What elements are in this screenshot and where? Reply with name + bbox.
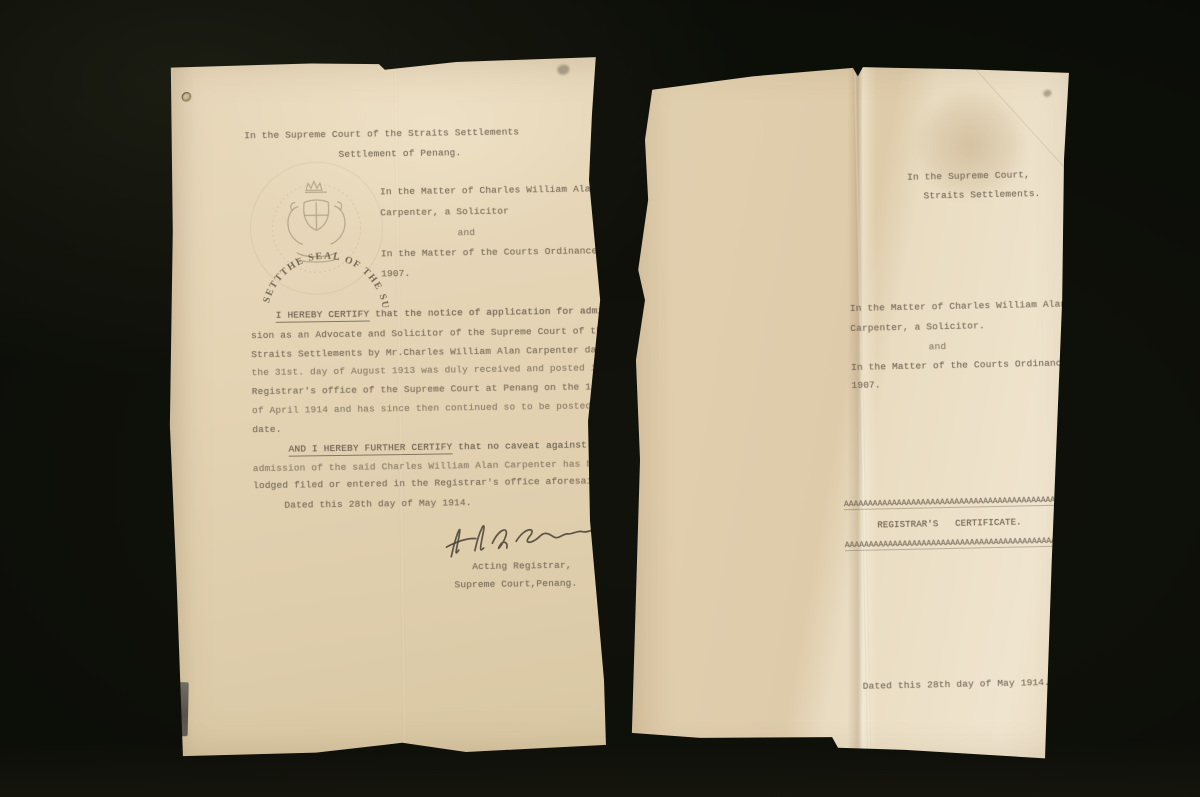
matter-line: and (457, 227, 475, 238)
further-certify-first-line: AND I HEREBY FURTHER CERTIFY that no cav… (289, 439, 611, 454)
corner-smudge-mark (1043, 90, 1051, 97)
tape-fragment (175, 682, 189, 736)
certify-lead-underlined: I HEREBY CERTIFY (276, 309, 370, 323)
matter-line: In the Matter of the Courts Ordinance (381, 245, 598, 259)
matter-line: In the Matter of Charles William Alan (850, 298, 1067, 314)
certify-first-line-rest: that the notice of application for admis… (369, 305, 615, 319)
seal-ring-text: THE SEAL OF THE SUPREME COURT OF THE STR… (235, 147, 392, 309)
coat-of-arms (287, 181, 345, 263)
signoff-court-line: Supreme Court,Penang. (454, 578, 577, 591)
right-document-page: In the Supreme Court, Straits Settlement… (626, 58, 1078, 764)
matter-line: and (929, 341, 947, 352)
pinhole-mark (182, 92, 192, 102)
matter-line: In the Matter of Charles William Alan (380, 183, 597, 197)
vertical-fold-crease (853, 58, 872, 764)
certify-body-line: of April 1914 and has since then continu… (252, 400, 638, 416)
left-document-page: In the Supreme Court of the Straits Sett… (166, 55, 650, 759)
further-certify-body-line: admission of the said Charles William Al… (253, 458, 610, 474)
left-document-content: In the Supreme Court of the Straits Sett… (161, 52, 655, 763)
court-heading-line: In the Supreme Court of the Straits Sett… (244, 126, 519, 141)
dated-line: Dated this 28th day of May 1914. (863, 677, 1050, 692)
matter-line: Carpenter, a Solicitor (380, 206, 509, 219)
certificate-title: REGISTRAR'S CERTIFICATE. (877, 517, 1022, 530)
matter-line: In the Matter of the Courts Ordinance (851, 357, 1068, 373)
photograph-of-documents: In the Supreme Court of the Straits Sett… (0, 0, 1200, 797)
supreme-court-seal-stamp: THE SEAL OF THE SUPREME COURT OF THE STR… (235, 147, 397, 309)
right-document-content: In the Supreme Court, Straits Settlement… (619, 53, 1086, 768)
court-heading-line: Straits Settlements. (923, 188, 1040, 201)
certificate-divider-line: AAAAAAAAAAAAAAAAAAAAAAAAAAAAAAAAAAAAAAAA… (845, 537, 1056, 551)
certify-body-line: date. (252, 424, 281, 435)
matter-line: 1907. (851, 379, 880, 391)
certify-body-line: sion as an Advocate and Solicitor of the… (251, 325, 608, 341)
certify-body-line: Straits Settlements by Mr.Charles Willia… (251, 344, 614, 360)
further-certify-lead-underlined: AND I HEREBY FURTHER CERTIFY (289, 441, 453, 456)
matter-line: Carpenter, a Solicitor. (850, 320, 985, 334)
corner-smudge-mark (557, 65, 569, 75)
certify-body-line: Registrar's office of the Supreme Court … (252, 381, 632, 397)
further-certify-body-line: lodged filed or entered in the Registrar… (253, 475, 604, 491)
signoff-title-line: Acting Registrar, (472, 560, 572, 572)
certify-body-line: the 31st. day of August 1913 was duly re… (251, 362, 626, 378)
dated-line: Dated this 28th day of May 1914. (284, 497, 471, 511)
certificate-divider-line: AAAAAAAAAAAAAAAAAAAAAAAAAAAAAAAAAAAAAAAA… (844, 496, 1055, 510)
further-certify-first-line-rest: that no caveat against the (452, 439, 610, 452)
